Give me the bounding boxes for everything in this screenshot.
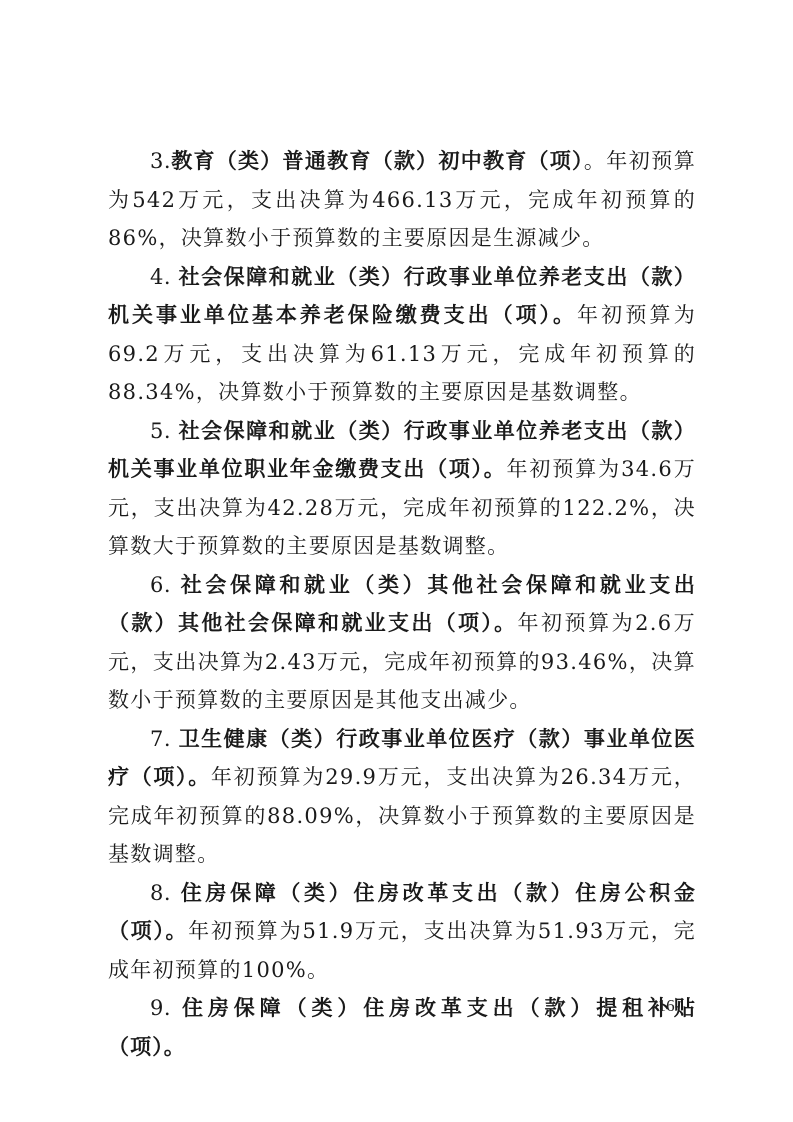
- page-number: -16-: [652, 996, 680, 1016]
- item-number: 5.: [150, 419, 179, 443]
- paragraph-item-6: 6. 社会保障和就业（类）其他社会保障和就业支出（款）其他社会保障和就业支出（项…: [108, 566, 696, 720]
- document-body: 3.教育（类）普通教育（款）初中教育（项）。年初预算为542万元，支出决算为46…: [108, 142, 696, 1066]
- item-heading: 教育（类）普通教育（款）初中教育（项）: [171, 149, 584, 173]
- paragraph-item-4: 4. 社会保障和就业（类）行政事业单位养老支出（款）机关事业单位基本养老保险缴费…: [108, 258, 696, 412]
- item-number: 7.: [150, 727, 179, 751]
- paragraph-item-7: 7. 卫生健康（类）行政事业单位医疗（款）事业单位医疗（项）。年初预算为29.9…: [108, 720, 696, 874]
- item-number: 4.: [150, 265, 179, 289]
- item-heading: 住房保障（类）住房改革支出（款）提租补贴（项）。: [108, 996, 696, 1059]
- paragraph-item-3: 3.教育（类）普通教育（款）初中教育（项）。年初预算为542万元，支出决算为46…: [108, 142, 696, 258]
- item-number: 6.: [150, 573, 181, 597]
- paragraph-item-5: 5. 社会保障和就业（类）行政事业单位养老支出（款）机关事业单位职业年金缴费支出…: [108, 412, 696, 566]
- document-page: 3.教育（类）普通教育（款）初中教育（项）。年初预算为542万元，支出决算为46…: [0, 0, 793, 1122]
- paragraph-item-9: 9. 住房保障（类）住房改革支出（款）提租补贴（项）。: [108, 989, 696, 1066]
- item-number: 8.: [150, 881, 181, 905]
- paragraph-item-8: 8. 住房保障（类）住房改革支出（款）住房公积金（项）。年初预算为51.9万元，…: [108, 874, 696, 990]
- item-number: 3.: [150, 149, 171, 173]
- item-number: 9.: [150, 996, 182, 1020]
- item-body: 年初预算为51.9万元，支出决算为51.93万元，完成年初预算的100%。: [108, 919, 696, 982]
